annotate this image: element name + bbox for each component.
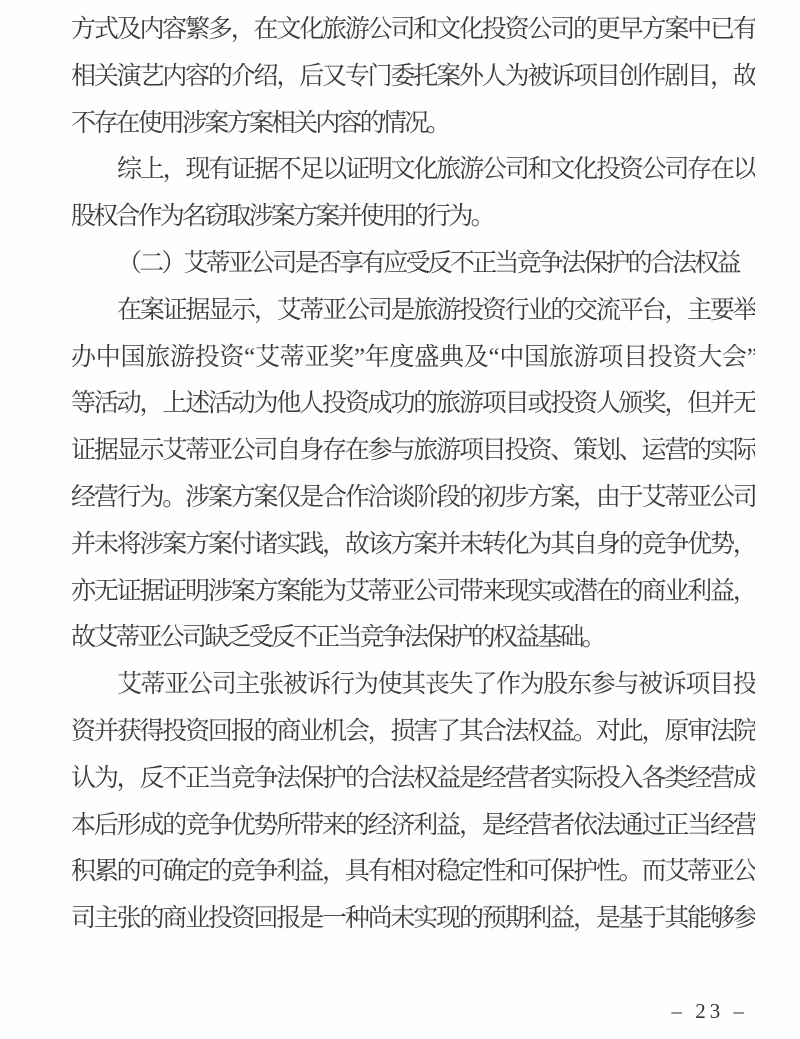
text-line: 办中国旅游投资“艾蒂亚奖”年度盛典及“中国旅游项目投资大会”: [71, 335, 755, 382]
text-line: 不存在使用涉案方案相关内容的情况。: [71, 101, 755, 148]
text-line: 认为，反不正当竞争法保护的合法权益是经营者实际投入各类经营成: [71, 756, 755, 803]
text-line: 经营行为。涉案方案仅是合作洽谈阶段的初步方案，由于艾蒂亚公司: [71, 475, 755, 522]
text-line: 相关演艺内容的介绍，后又专门委托案外人为被诉项目创作剧目，故: [71, 54, 755, 101]
text-line: 并未将涉案方案付诸实践，故该方案并未转化为其自身的竞争优势，: [71, 522, 755, 569]
document-body: 方式及内容繁多，在文化旅游公司和文化投资公司的更早方案中已有相关演艺内容的介绍，…: [71, 7, 755, 943]
text-line: 本后形成的竞争优势所带来的经济利益，是经营者依法通过正当经营: [71, 803, 755, 850]
text-line: 综上，现有证据不足以证明文化旅游公司和文化投资公司存在以: [71, 147, 755, 194]
text-line: 积累的可确定的竞争利益，具有相对稳定性和可保护性。而艾蒂亚公: [71, 849, 755, 896]
text-line: 资并获得投资回报的商业机会，损害了其合法权益。对此，原审法院: [71, 709, 755, 756]
page-number: – 23 –: [672, 999, 749, 1024]
text-line: 方式及内容繁多，在文化旅游公司和文化投资公司的更早方案中已有: [71, 7, 755, 54]
document-page: 方式及内容繁多，在文化旅游公司和文化投资公司的更早方案中已有相关演艺内容的介绍，…: [0, 0, 800, 1039]
text-line: 故艾蒂亚公司缺乏受反不正当竞争法保护的权益基础。: [71, 615, 755, 662]
text-line: 股权合作为名窃取涉案方案并使用的行为。: [71, 194, 755, 241]
text-line: 证据显示艾蒂亚公司自身存在参与旅游项目投资、策划、运营的实际: [71, 428, 755, 475]
text-line: 亦无证据证明涉案方案能为艾蒂亚公司带来现实或潜在的商业利益，: [71, 569, 755, 616]
text-line: （二）艾蒂亚公司是否享有应受反不正当竞争法保护的合法权益: [71, 241, 755, 288]
text-line: 艾蒂亚公司主张被诉行为使其丧失了作为股东参与被诉项目投: [71, 662, 755, 709]
text-line: 等活动，上述活动为他人投资成功的旅游项目或投资人颁奖，但并无: [71, 381, 755, 428]
text-line: 司主张的商业投资回报是一种尚未实现的预期利益，是基于其能够参: [71, 896, 755, 943]
text-line: 在案证据显示，艾蒂亚公司是旅游投资行业的交流平台，主要举: [71, 288, 755, 335]
